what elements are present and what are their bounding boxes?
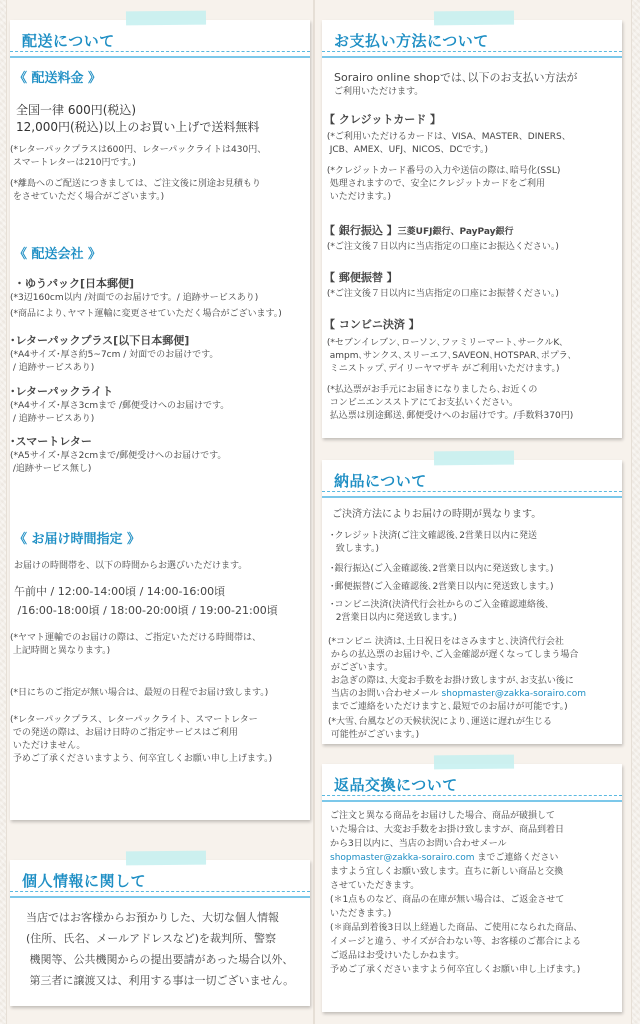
time-note3: (*レターパックプラス、レターパックライト、スマートレター [10, 714, 258, 727]
title-dashed-rule [10, 51, 310, 52]
carrier-note: (*商品により､ヤマト運輸に変更させていただく場合がございます。) [10, 308, 282, 321]
title-solid-rule [10, 896, 310, 898]
tape-decoration [126, 851, 206, 866]
time-note1: (*ヤマト運輸でのお届けの際は、ご指定いただける時間帯は、 [10, 632, 261, 645]
fee-note1: (*レターパックプラスは600円、レターパックライトは430円、 [10, 144, 266, 157]
konbini-note: (*セブンイレブン､ローソン､ファミリーマート､サークルK､ [324, 337, 564, 350]
carriers-heading: 《 配送会社 》 [14, 248, 101, 261]
title-solid-rule [322, 496, 622, 498]
carrier-note: /追跡サービス無し) [10, 463, 91, 476]
bank-heading: 【 銀行振込 】三菱UFJ銀行、PayPay銀行 [324, 223, 514, 240]
konbini-note: コンビニエンスストアにてお支払いください。 [324, 397, 518, 410]
delivery-item: 2営業日以内に発送致します。) [330, 612, 457, 625]
fee-note1-cont: スマートレターは210円です。) [10, 157, 136, 170]
time-note3-cont: での発送の際は、お届け日時のご指定サービスはご利用 [10, 727, 238, 740]
privacy-card: 個人情報に関して 当店ではお客様からお預かりした、大切な個人情報 (住所、氏名、… [10, 860, 310, 1006]
returns-line: ご注文と異なる商品をお届けした場合、商品が破損して [330, 810, 555, 823]
delivery-title: 納品について [334, 470, 427, 491]
delivery-item: ･クレジット決済(ご注文確認後､2営業日以内に発送 [330, 530, 537, 543]
returns-line: から3日以内に、当店のお問い合わせメール [330, 838, 507, 851]
returns-email-after: までご連絡ください [474, 853, 558, 863]
payment-title: お支払い方法について [334, 30, 489, 51]
carrier-letterpack-plus: ･レターパックプラス[以下日本郵便] [10, 333, 189, 348]
shipping-card: 配送について 《 配送料金 》 全国一律 600円(税込) 12,000円(税込… [10, 20, 310, 820]
returns-email-line: shopmaster@zakka-sorairo.com までご連絡ください [330, 852, 558, 865]
delivery-item: ･コンビニ決済(決済代行会社からのご入金確認連絡後､ [330, 599, 550, 612]
tape-decoration [434, 11, 514, 26]
delivery-note-text: 当店のお問い合わせメール [328, 689, 442, 699]
title-solid-rule [322, 800, 622, 802]
konbini-note: (*払込票がお手元にお届きになりましたら､お近くの [324, 384, 537, 397]
returns-line: イメージと違う、サイズが合わない等、お客様のご都合による [330, 936, 581, 949]
title-dashed-rule [10, 891, 310, 892]
bank-note: (*ご注文後７日以内に当店指定の口座にお振込ください。) [324, 241, 559, 254]
returns-line: (＊1点ものなど、商品の在庫が無い場合は、ご返金させて [330, 894, 564, 907]
returns-email-link[interactable]: shopmaster@zakka-sorairo.com [330, 853, 474, 863]
tape-decoration [434, 755, 514, 770]
title-dashed-rule [322, 795, 622, 796]
returns-line: ますよう宜しくお願い致します。直ちに新しい商品と交換 [330, 866, 563, 879]
contact-email-link[interactable]: shopmaster@zakka-sorairo.com [442, 689, 586, 699]
postal-note: (*ご注文後７日以内に当店指定の口座にお振替ください。) [324, 288, 559, 301]
time-slots-line2: /16:00-18:00頃 / 18:00-20:00頃 / 19:00-21:… [14, 603, 278, 618]
credit-note: (*ご利用いただけるカードは、VISA、MASTER、DINERS、 [324, 131, 571, 144]
payment-card: お支払い方法について Sorairo online shopでは､以下のお支払い… [322, 20, 622, 438]
bank-heading-label: 【 銀行振込 】 [324, 224, 398, 237]
time-note3-cont: 予めご了承くださいますよう、何卒宜しくお願い申し上げます。) [10, 753, 272, 766]
returns-card: 返品交換について ご注文と異なる商品をお届けした場合、商品が破損して いた場合は… [322, 764, 622, 1012]
konbini-note: ampm､サンクス､スリーエフ､SAVEON､HOTSPAR､ポプラ､ [324, 350, 572, 363]
tape-decoration [434, 451, 514, 466]
delivery-note: (*コンビニ 決済は､土日祝日をはさみますと､決済代行会社 [328, 636, 564, 649]
tape-decoration [126, 11, 206, 26]
returns-line: させていただきます。 [330, 880, 419, 893]
privacy-line: (住所、氏名、メールアドレスなど)を裁判所、警察 [26, 931, 276, 946]
konbini-heading: 【 コンビニ決済 】 [324, 317, 420, 332]
credit-note: (*クレジットカード番号の入力や送信の際は､暗号化(SSL) [324, 165, 560, 178]
time-intro: お届けの時間帯を、以下の時間からお選びいただけます。 [14, 560, 247, 573]
delivery-intro: ご決済方法によりお届けの時期が異なります。 [332, 508, 541, 521]
credit-note: 処理されますので、安全にクレジットカードをご利用 [324, 178, 545, 191]
carrier-smart-letter: ･スマートレター [10, 434, 92, 449]
delivery-item: ･郵便振替(ご入金確認後､2営業日以内に発送致します。) [330, 581, 554, 594]
credit-note: JCB、AMEX、UFJ、NICOS、DCです。) [324, 144, 488, 157]
delivery-card: 納品について ご決済方法によりお届けの時期が異なります。 ･クレジット決済(ご注… [322, 460, 622, 744]
delivery-item: ･銀行振込(ご入金確認後､2営業日以内に発送致します。) [330, 563, 554, 576]
carrier-note: (*3辺160cm以内 /対面でのお届けです。/ 追跡サービスあり) [10, 292, 258, 305]
payment-intro: Sorairo online shopでは､以下のお支払い方法が [334, 70, 578, 85]
payment-intro-cont: ご利用いただけます。 [334, 86, 423, 99]
fee-note2-cont: をさせていただく場合がございます。) [10, 191, 164, 204]
privacy-line: 第三者に譲渡又は、利用する事は一切ございません。 [26, 973, 294, 988]
title-solid-rule [322, 56, 622, 58]
konbini-note: ミニストップ､デイリーヤマザキ がご利用いただけます。) [324, 363, 559, 376]
returns-title: 返品交換について [334, 774, 458, 795]
privacy-line: 機関等、公共機関からの提出要請があった場合以外、 [26, 952, 293, 967]
returns-line: (＊商品到着後3日以上経過した商品、ご使用になられた商品、 [330, 922, 582, 935]
returns-line: 予めご了承くださいますよう何卒宜しくお願い申し上げます。) [330, 964, 580, 977]
delivery-note: お急ぎの際は､大変お手数をお掛け致しますが､お支払い後に [328, 675, 574, 688]
delivery-note: までご連絡をいただけますと､最短でのお届けが可能です。) [328, 701, 568, 714]
time-heading: 《 お届け時間指定 》 [14, 533, 140, 546]
privacy-line: 当店ではお客様からお預かりした、大切な個人情報 [26, 910, 279, 925]
shipping-title: 配送について [22, 30, 115, 51]
time-note3-cont: いただけません。 [10, 740, 85, 753]
carrier-note: (*A4サイズ･厚さ3cmまで /郵便受けへのお届けです。 [10, 400, 229, 413]
carrier-letterpack-light: ･レターパックライト [10, 384, 113, 399]
carrier-note: (*A4サイズ･厚さ約5~7cm / 対面でのお届けです。 [10, 349, 218, 362]
credit-heading: 【 クレジットカード 】 [324, 112, 441, 127]
delivery-note: からの払込票のお届けや､ご入金確認が遅くなってしまう場合 [328, 649, 578, 662]
privacy-title: 個人情報に関して [22, 870, 146, 891]
title-solid-rule [10, 56, 310, 58]
time-note1-cont: 上記時間と異なります。) [10, 645, 110, 658]
fee-line1: 全国一律 600円(税込) [16, 102, 136, 119]
title-dashed-rule [322, 491, 622, 492]
returns-line: いた場合は、大変お手数をお掛け致しますが、商品到着日 [330, 824, 564, 837]
fee-heading: 《 配送料金 》 [14, 72, 101, 85]
delivery-note: がございます。 [328, 662, 393, 675]
postal-heading: 【 郵便振替 】 [324, 270, 398, 285]
delivery-note-email-line: 当店のお問い合わせメール shopmaster@zakka-sorairo.co… [328, 688, 586, 701]
delivery-item: 致します。) [330, 543, 379, 556]
bank-names: 三菱UFJ銀行、PayPay銀行 [398, 227, 514, 237]
returns-line: ご返品はお受けいたしかねます。 [330, 950, 464, 963]
konbini-note: 払込票は別途郵送､郵便受けへのお届けです。/手数料370円) [324, 410, 573, 423]
delivery-note2-cont: 可能性がございます。) [328, 729, 419, 742]
title-dashed-rule [322, 51, 622, 52]
time-note2: (*日にちのご指定が無い場合は、最短の日程でお届け致します。) [10, 687, 268, 700]
fee-note2: (*離島へのご配送につきましては、ご注文後に別途お見積もり [10, 178, 261, 191]
returns-line: いただきます。) [330, 908, 391, 921]
carrier-note: (*A5サイズ･厚さ2cmまで/郵便受けへのお届けです。 [10, 450, 226, 463]
carrier-note: / 追跡サービスあり) [10, 413, 94, 426]
fee-line2: 12,000円(税込)以上のお買い上げで送料無料 [16, 119, 259, 136]
delivery-note2: (*大雪､台風などの天候状況により､運送に遅れが生じる [328, 716, 552, 729]
time-slots-line1: 午前中 / 12:00-14:00頃 / 14:00-16:00頃 [14, 584, 225, 599]
credit-note: いただけます。) [324, 191, 391, 204]
carrier-note: / 追跡サービスあり) [10, 362, 94, 375]
carrier-yupack: ・ゆうパック[日本郵便] [14, 276, 134, 291]
